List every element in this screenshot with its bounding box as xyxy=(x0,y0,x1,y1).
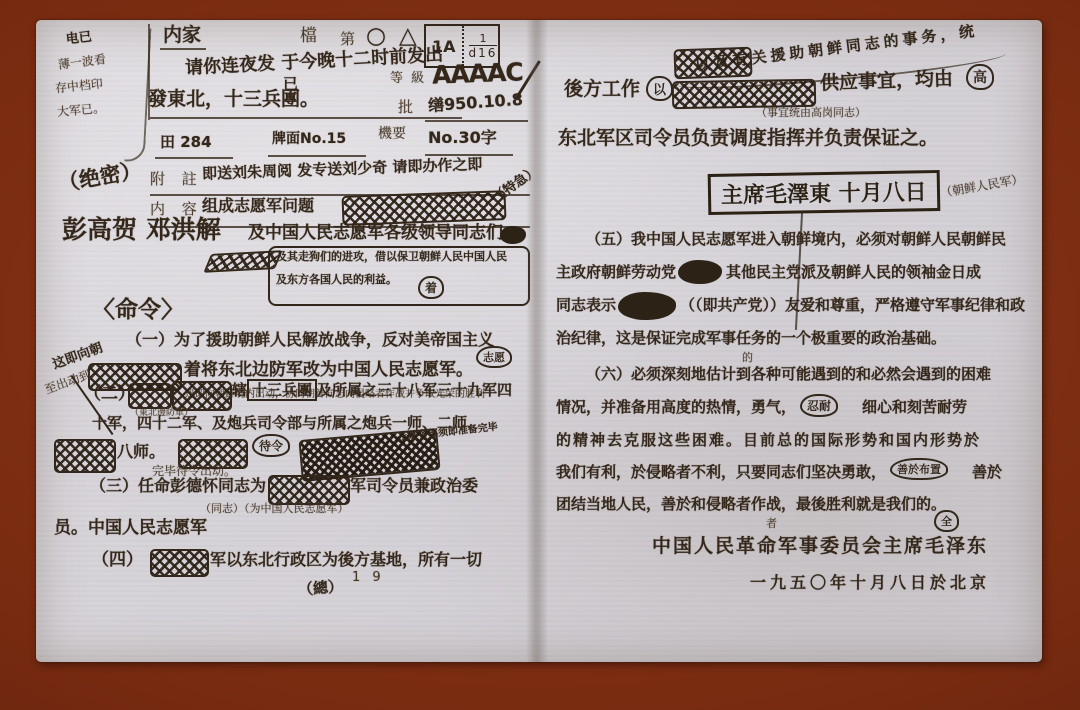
circled-note: 全 xyxy=(934,510,959,532)
content-field-value: 组成志愿军问题 xyxy=(202,197,314,215)
header-dept: 内家 xyxy=(163,25,201,46)
total-mark: （總） xyxy=(297,578,343,598)
ink-blot xyxy=(678,260,722,284)
para6-line2b: 细心和刻苦耐劳 xyxy=(862,399,967,416)
circled-insert-mark: 着 xyxy=(418,276,444,299)
approve-label: 批 xyxy=(398,99,413,116)
grade-label: 等 級 xyxy=(390,72,426,86)
triangle-symbol: △ xyxy=(399,24,417,49)
secret-label: 機要 xyxy=(378,127,406,142)
file-label: 檔 xyxy=(300,27,317,46)
page-number: 1 9 xyxy=(352,571,385,585)
strikeout-block xyxy=(342,190,507,226)
date-line: 一九五〇年十月八日於北京 xyxy=(750,574,990,592)
circled-note: 善於布置 xyxy=(890,458,948,480)
line1-interline-insert: （事宜统由高岗同志） xyxy=(756,107,866,119)
para1-line1: （一）为了援助朝鲜人民解放战争，反对美帝国主义 xyxy=(126,331,494,349)
boxed-corps-name: 十三兵團 xyxy=(247,379,317,401)
insertion-line: 及其走狗们的进攻，借以保卫朝鲜人民中国人民 xyxy=(276,251,507,263)
send-line: 發東北，十三兵團。 xyxy=(148,89,319,110)
para4-line: 军以东北行政区为後方基地，所有一切 xyxy=(210,551,482,569)
para3-post: 军司令员兼政治委 xyxy=(350,477,478,495)
para5-line2b: 其他民主党派及朝鲜人民的领袖金日成 xyxy=(726,264,981,281)
note-field-label: 附 註 xyxy=(150,171,203,188)
para6-line4a: 我们有利，於侵略者不利，只要同志们坚决勇敢， xyxy=(556,464,886,481)
underline xyxy=(160,48,206,50)
para5-line2a: 主政府朝鲜劳动党 xyxy=(556,264,676,281)
para5-line3a: 同志表示 xyxy=(556,297,616,314)
para3-line2: 员。中国人民志愿军 xyxy=(54,519,207,538)
strikeout-block xyxy=(128,383,172,409)
serial-number: 田 284 xyxy=(160,134,212,151)
para2-line1-pre: 辖 xyxy=(232,381,247,399)
para5-line4: 治纪律，这是保证完成军事任务的一个极重要的政治基础。 xyxy=(556,330,946,347)
strikeout-block xyxy=(672,79,816,110)
para6-line3: 的精神去克服这些困难。目前总的国际形势和国内形势於 xyxy=(556,432,981,449)
circle-symbol: ○ xyxy=(366,24,386,49)
sub-correction: 者 xyxy=(766,518,777,530)
underline xyxy=(150,117,462,119)
strikeout-block xyxy=(172,381,232,411)
circled-strike-note: 忍耐 xyxy=(800,394,838,417)
circled-note: 以 xyxy=(646,76,673,101)
strikeout-block xyxy=(150,549,209,577)
strikeout-block xyxy=(268,475,350,505)
stamp-number: 1 xyxy=(469,32,498,46)
para6-line1: （六）必须深刻地估计到各种可能遇到的和必然会遇到的困难 xyxy=(586,366,991,383)
insertion-line: 及东方各国人民的利益。 xyxy=(276,274,397,286)
para5-line1: （五）我中国人民志愿军进入朝鲜境内，必须对朝鲜人民朝鲜民 xyxy=(586,231,1006,248)
circled-note: 志愿 xyxy=(476,346,512,368)
salutation-rest: 及中国人民志愿军各级领导同志们： xyxy=(248,224,520,243)
page-seam-shadow xyxy=(526,20,548,662)
margin-note-line: 电已 xyxy=(65,31,92,48)
framed-manuscript-photo: 电已 薄一波看 存中档印 大军已。 内家 请你连夜发 于今晚十二时前发出 已 發… xyxy=(0,0,1080,710)
para6-line2a: 情况，并准备用高度的热情，勇气， xyxy=(556,399,796,416)
underline xyxy=(155,157,233,159)
strikeout-block xyxy=(674,47,753,80)
para2-line3a: 八师。 xyxy=(117,443,165,461)
underline xyxy=(425,120,528,122)
para4-marker: （四） xyxy=(92,551,143,570)
seq-label: 第 xyxy=(340,31,355,48)
para6-line4b: 善於 xyxy=(972,464,1002,481)
circled-note: 待令 xyxy=(252,434,290,457)
line1-pre: 後方工作 xyxy=(564,79,640,100)
line2: 东北军区司令员负责调度指挥并负责保证之。 xyxy=(558,128,938,149)
secret-number: No.30字 xyxy=(428,129,497,147)
para2-line1: 辖十三兵團及所属之三十八军三十九军四 xyxy=(232,382,512,399)
sheet-number: 牌面No.15 xyxy=(272,132,346,147)
sub-correction: 的 xyxy=(742,352,753,364)
para5-line3b: （（即共产党））友爱和尊重，严格遵守军事纪律和政 xyxy=(680,297,1025,314)
para1-line2: 着将东北边防军改为中国人民志愿军。 xyxy=(184,361,473,380)
order-title: 〈命令〉 xyxy=(92,298,184,323)
chairman-signature-box: 主席毛澤東 十月八日 xyxy=(708,170,940,215)
ink-blot xyxy=(618,292,676,320)
underline xyxy=(268,155,366,157)
para6-line5: 团结当地人民，善於和侵略者作战，最後胜利就是我们的。 xyxy=(556,496,946,513)
grade-value: AAAAC xyxy=(432,58,524,89)
salutation-names: 彭高贺 邓洪解 xyxy=(62,216,221,244)
circled-note: 高 xyxy=(966,64,994,90)
signature-line: 中国人民革命军事委员会主席毛泽东 xyxy=(652,536,988,557)
strikeout-block xyxy=(54,439,116,473)
para3-pre: （三）任命彭德怀同志为 xyxy=(90,477,266,495)
para3-interline-insert: （同志）（为中国人民志愿军） xyxy=(200,503,349,515)
para2-line1-post: 及所属之三十八军三十九军四 xyxy=(317,381,512,399)
ink-blot xyxy=(500,226,526,244)
